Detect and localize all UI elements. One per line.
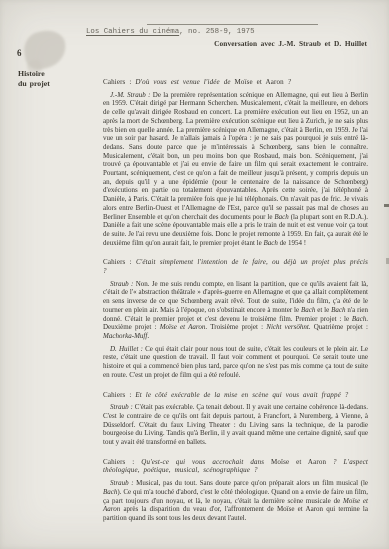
scanned-page: Los Cahiers du cinéma, no. 258-9, 1975 C… [0,0,389,549]
page-number: 6 [17,48,22,58]
speaker-label: Straub : [110,479,136,487]
film-title: Moïse et Aaron [160,323,206,331]
interview-body: Cahiers : D'où vous est venue l'idée de … [103,78,368,523]
question-paragraph: Cahiers : C'était simplement l'intention… [103,258,368,275]
film-title: Moïse et Aaron [235,78,284,86]
film-title: Bach [103,488,117,496]
film-title: Bach [331,306,345,314]
speaker-label: Cahiers : [103,258,136,266]
question-paragraph: Cahiers : Qu'est-ce qui vous accrochait … [103,458,368,475]
italic-text: ? [284,78,292,86]
citation-rule [147,24,318,25]
question-paragraph: Cahiers : D'où vous est venue l'idée de … [103,78,368,87]
text-run: . Quatrième projet : [309,323,368,331]
byline: Conversation avec J.-M. Straub et D. Hui… [214,39,367,48]
italic-text: C'était simplement l'intention de le fai… [103,258,368,275]
italic-text: Et le côté exécrable de la mise en scène… [135,391,348,399]
speaker-label: Straub : [110,280,136,288]
film-title: Moïse et Aaron [271,458,326,466]
text-run: . [147,332,149,340]
speaker-label: D. Huillet : [110,345,145,353]
speaker-label: Cahiers : [103,78,135,86]
scan-edge-mark [384,204,389,207]
film-title: Machorka-Muff [103,332,147,340]
film-title: Bach [274,213,288,221]
text-run: de 1954 ! [278,239,306,247]
italic-text: Qu'est-ce qui vous accrochait dans [141,458,271,466]
speaker-label: J.-M. Straub : [110,91,153,99]
text-run: après la disparition du veau d'or, l'aff… [103,505,368,522]
text-run: Musical, pas du tout. Sans doute parce q… [136,479,368,487]
citation-line: Los Cahiers du cinéma, no. 258-9, 1975 [86,28,255,36]
answer-paragraph: J.-M. Straub : De la première représenta… [103,91,368,248]
citation-issue: , no. 258-9, 1975 [179,28,254,36]
section-title-line2: du projet [18,79,50,89]
question-paragraph: Cahiers : Et le côté exécrable de la mis… [103,391,368,400]
speaker-label: Cahiers : [103,391,135,399]
film-title: Nicht versöhnt [266,323,309,331]
text-run: De la première représentation scénique e… [103,91,368,221]
speaker-label: Cahiers : [103,458,141,466]
italic-text: D'où vous est venue l'idée de [135,78,234,86]
film-title: Bach [301,306,315,314]
text-run: C'était pas exécrable. Ça tenait debout.… [103,403,368,446]
section-title-line1: Histoire [18,69,50,79]
answer-paragraph: Straub : C'était pas exécrable. Ça tenai… [103,403,368,447]
speaker-label: Straub : [110,403,135,411]
text-run: . Troisième projet : [205,323,266,331]
section-title: Histoire du projet [18,69,50,88]
answer-paragraph: Straub : Musical, pas du tout. Sans dout… [103,479,368,523]
film-title: Bach [263,239,277,247]
citation-journal: Los Cahiers du cinéma [86,28,179,36]
text-run: et le [315,306,331,314]
film-title: Bach [352,315,366,323]
answer-paragraph: Straub : Non. Je me suis rendu compte, e… [103,280,368,341]
text-run: ). Ce qui m'a touché d'abord, c'est le c… [103,488,368,505]
answer-paragraph: D. Huillet : Ce qui était clair pour nou… [103,345,368,380]
